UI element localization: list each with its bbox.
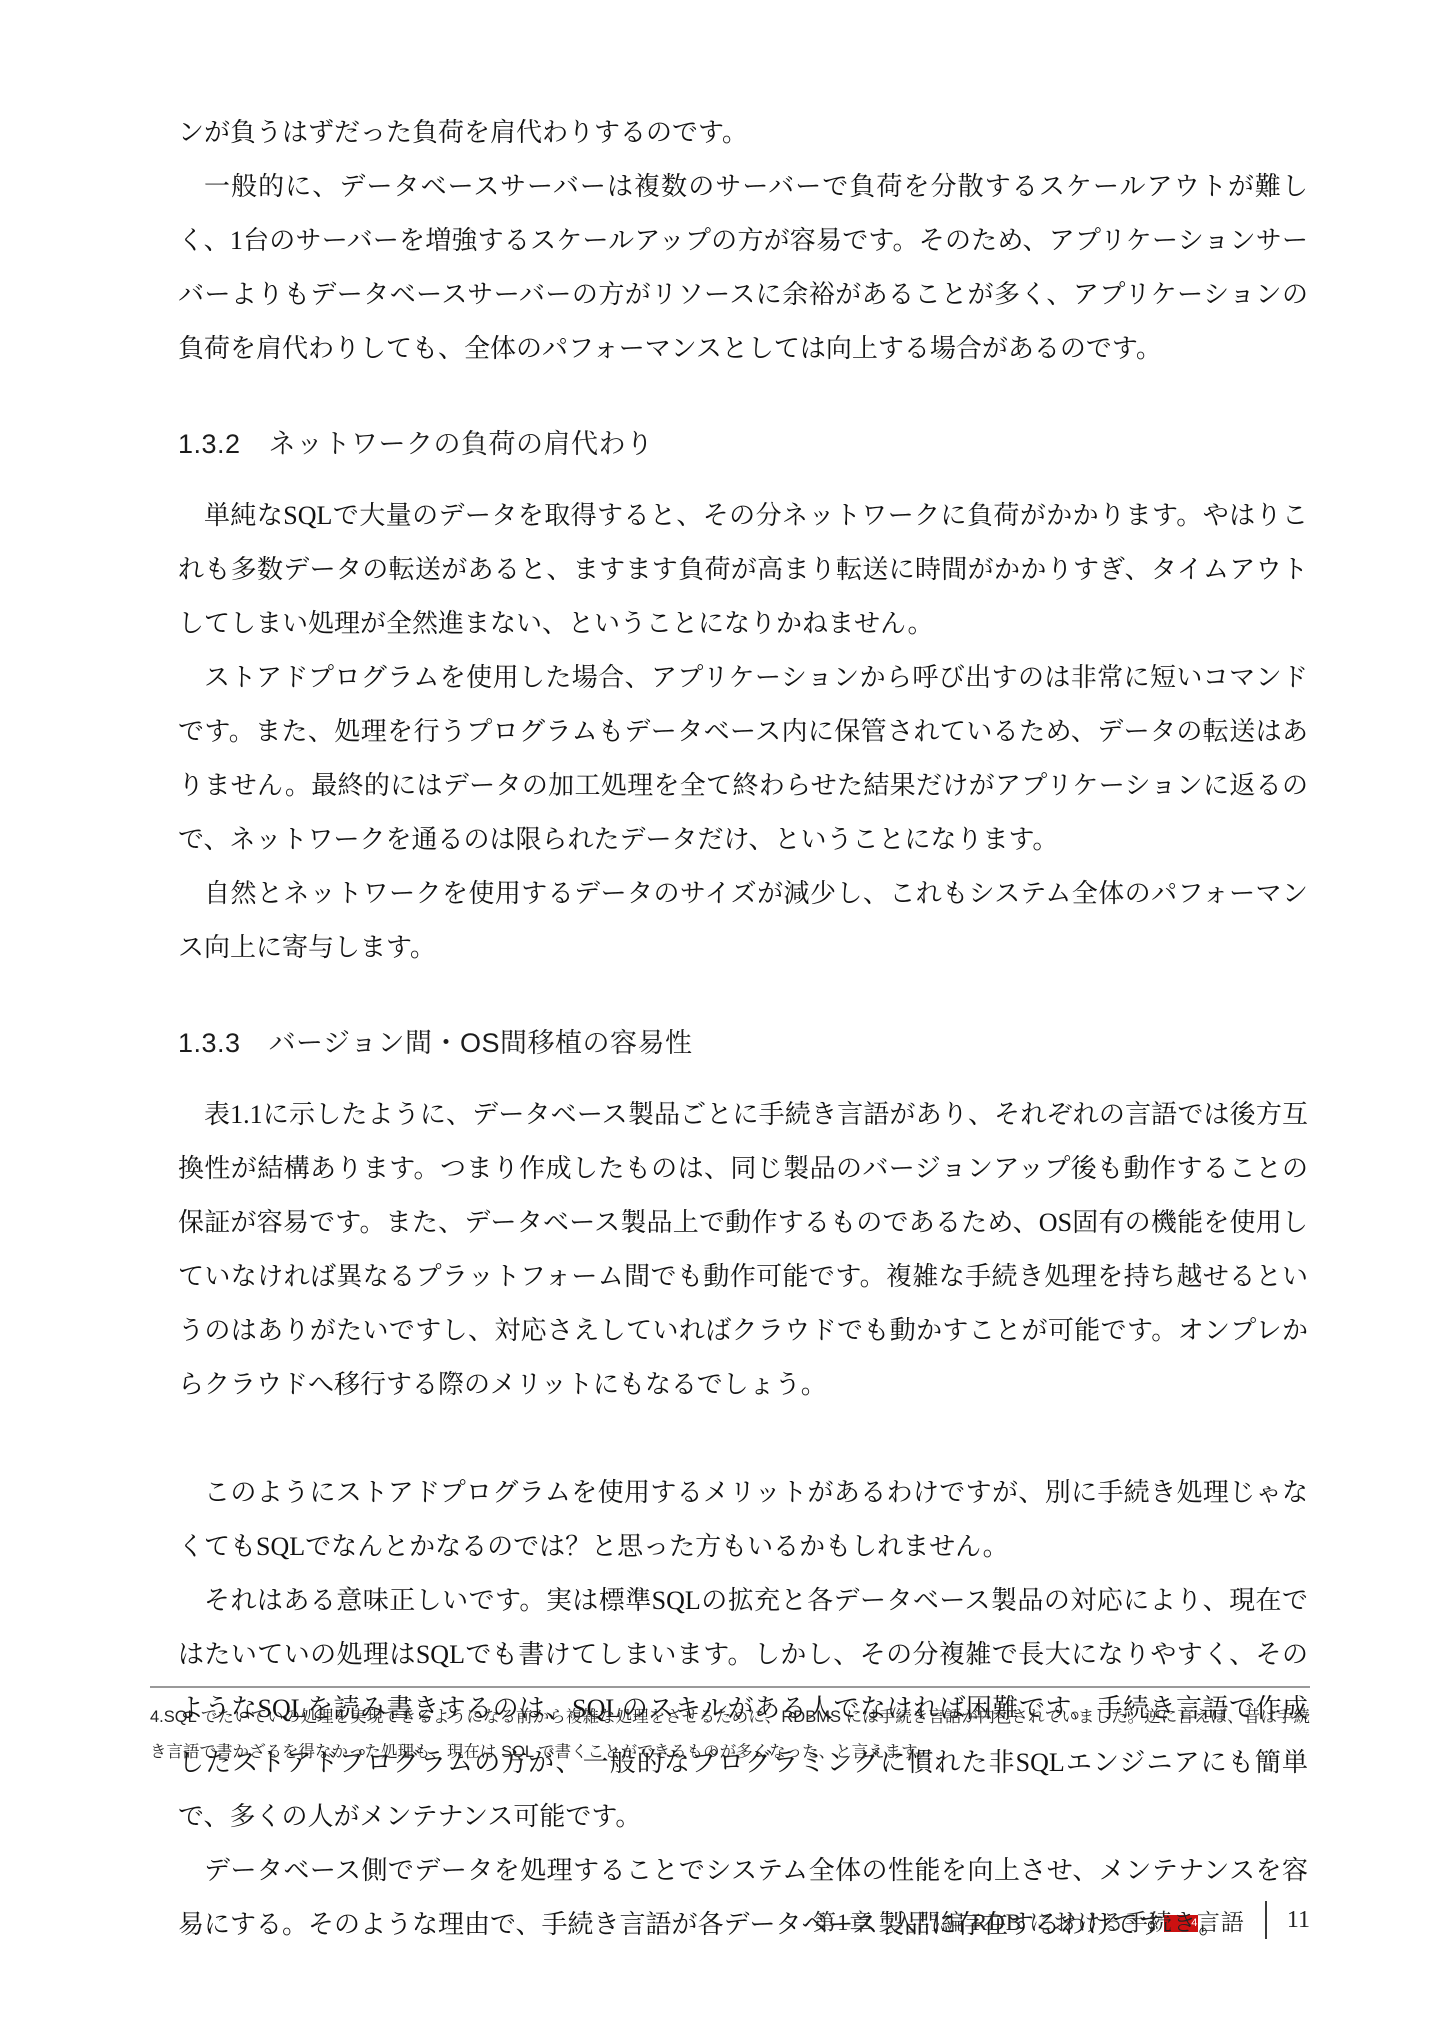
footnote-rule <box>150 1686 1310 1688</box>
paragraph-network-load-1: 単純なSQLで大量のデータを取得すると、その分ネットワークに負荷がかかります。や… <box>178 489 1308 651</box>
paragraph-network-load-3: 自然とネットワークを使用するデータのサイズが減少し、これもシステム全体のパフォー… <box>178 867 1308 975</box>
section-heading-1-3-3: 1.3.3バージョン間・OS間移植の容易性 <box>178 1021 1308 1060</box>
body-text-column: ンが負うはずだった負荷を肩代わりするのです。 一般的に、データベースサーバーは複… <box>178 106 1308 1952</box>
section-heading-1-3-2: 1.3.2ネットワークの負荷の肩代わり <box>178 422 1308 461</box>
book-page: ンが負うはずだった負荷を肩代わりするのです。 一般的に、データベースサーバーは複… <box>0 0 1433 2024</box>
footer-chapter-title: 入門編 RDB における手続き言語 <box>893 1904 1245 1937</box>
section-number: 1.3.2 <box>178 429 241 459</box>
paragraph-merit-1: このようにストアドプログラムを使用するメリットがあるわけですが、別に手続き処理じ… <box>178 1466 1308 1574</box>
page-number: 11 <box>1287 1907 1310 1934</box>
paragraph-network-load-2: ストアドプログラムを使用した場合、アプリケーションから呼び出すのは非常に短いコマ… <box>178 651 1308 867</box>
footnote-text: 4.SQL でたいていの処理を実現できるようになる前から複雑な処理をさせるために… <box>150 1700 1310 1770</box>
footer-chapter-label: 第1章 <box>813 1904 874 1937</box>
paragraph-portability: 表1.1に示したように、データベース製品ごとに手続き言語があり、それぞれの言語で… <box>178 1088 1308 1412</box>
section-title: バージョン間・OS間移植の容易性 <box>269 1028 693 1058</box>
paragraph-continuation: ンが負うはずだった負荷を肩代わりするのです。 <box>178 106 1308 160</box>
paragraph-general-scaling: 一般的に、データベースサーバーは複数のサーバーで負荷を分散するスケールアウトが難… <box>178 160 1308 376</box>
footer-divider <box>1265 1901 1267 1939</box>
footnote-block: 4.SQL でたいていの処理を実現できるようになる前から複雑な処理をさせるために… <box>150 1686 1310 1770</box>
page-footer: 第1章 入門編 RDB における手続き言語 11 <box>813 1901 1310 1939</box>
section-title: ネットワークの負荷の肩代わり <box>269 429 654 459</box>
section-number: 1.3.3 <box>178 1028 241 1058</box>
